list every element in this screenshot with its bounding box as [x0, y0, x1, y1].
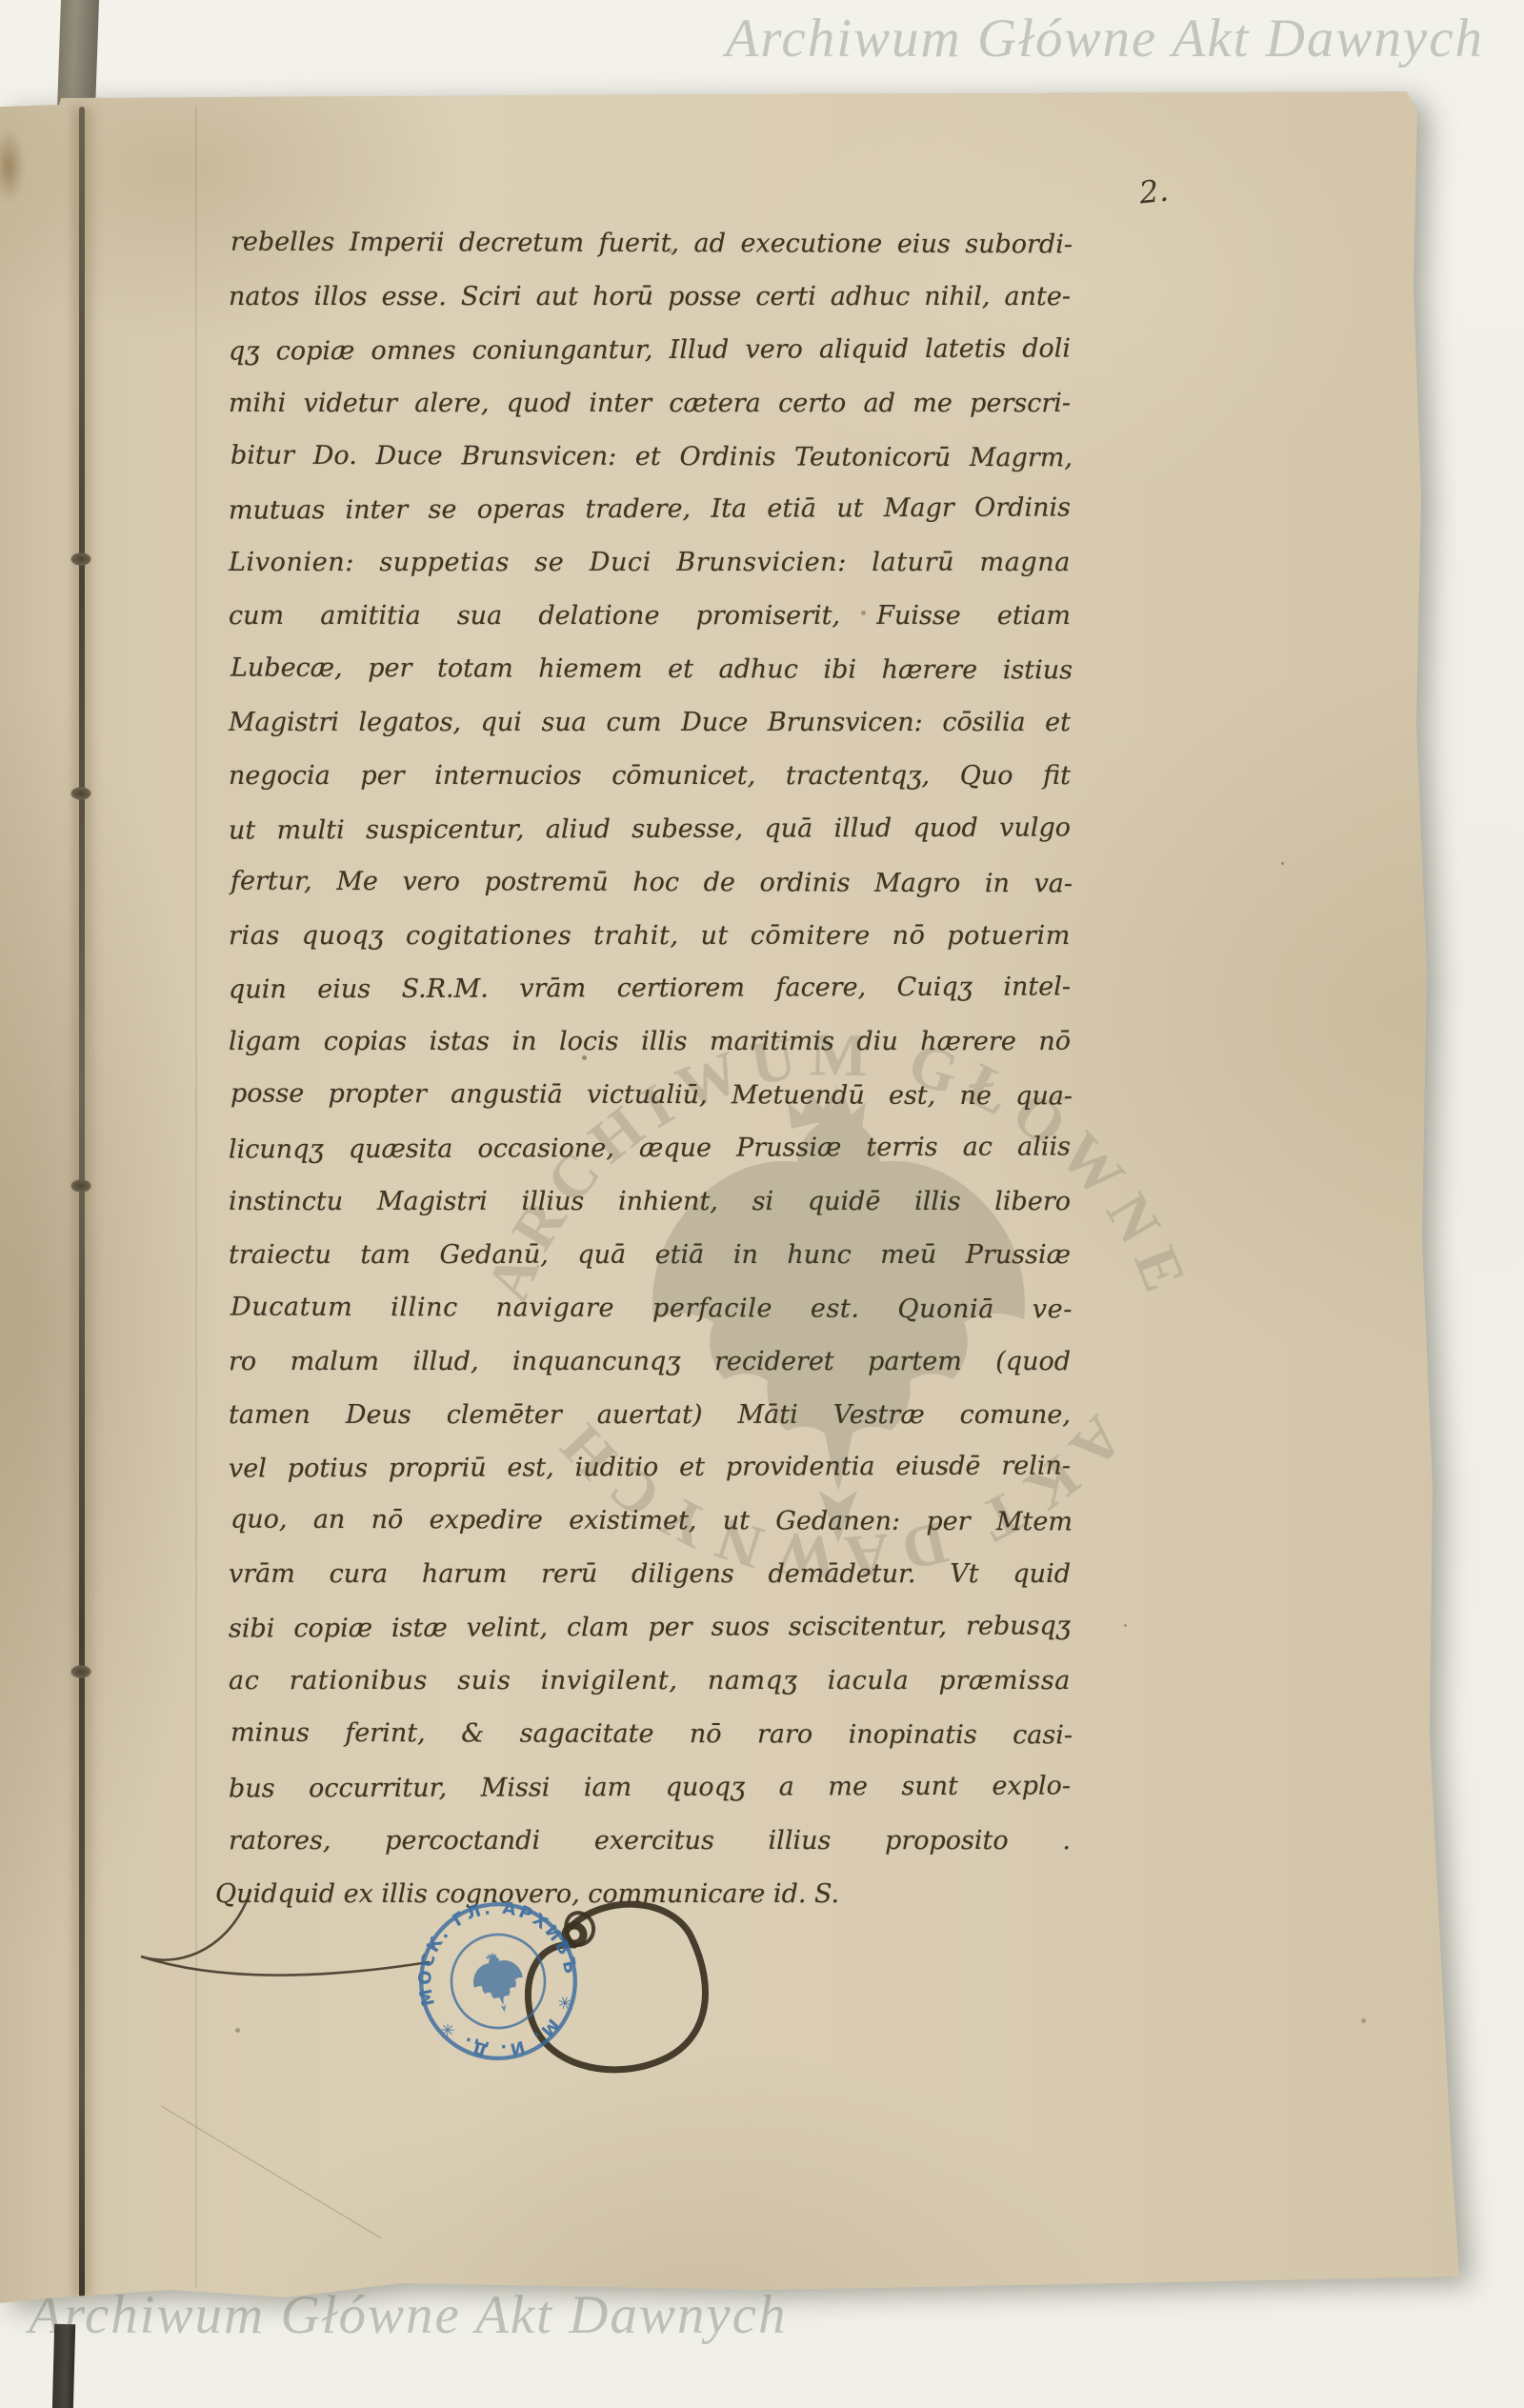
manuscript-line: qʒ copiæ omnes coniungantur, Illud vero … — [229, 322, 1071, 378]
manuscript-page: ARCHIWUM GŁÓWNE AKT DAWNYCH 2. rebelles … — [0, 0, 1524, 2408]
manuscript-text: rebelles Imperii decretum fuerit, ad exe… — [229, 217, 1071, 1921]
scanned-manuscript-page: { "archive": { "watermark_text": "Archiw… — [0, 0, 1524, 2408]
manuscript-line: ligam copias istas in locis illis mariti… — [229, 1015, 1071, 1069]
manuscript-line: traiectu tam Gedanū, quā etiā in hunc me… — [229, 1229, 1071, 1282]
manuscript-line: vrām cura harum rerū diligens demādetur.… — [229, 1548, 1071, 1601]
manuscript-line: posse propter angustiā victualiū, Metuen… — [231, 1068, 1073, 1124]
archive-stamp: МОСК. ГЛ. АРХИВЪ ✳ М. И. Д. ✳ — [401, 1884, 595, 2078]
manuscript-line: ac rationibus suis invigilent, namqʒ iac… — [229, 1655, 1071, 1708]
manuscript-line: ro malum illud, inquancunqʒ recideret pa… — [229, 1335, 1071, 1389]
manuscript-line: natos illos esse. Sciri aut horū posse c… — [229, 271, 1071, 324]
manuscript-line: bitur Do. Duce Brunsvicen: et Ordinis Te… — [231, 429, 1073, 485]
manuscript-line: cum amititia sua delatione promiserit, F… — [229, 590, 1071, 643]
manuscript-line: tamen Deus clemēter auertat) Māti Vestræ… — [229, 1389, 1071, 1442]
ink-stain — [0, 129, 25, 203]
manuscript-line: vel potius propriū est, iuditio et provi… — [229, 1440, 1071, 1496]
manuscript-line: bus occurritur, Missi iam quoqʒ a me sun… — [229, 1759, 1071, 1816]
page-number: 2. — [1137, 172, 1170, 211]
binding-stitch — [70, 1665, 91, 1678]
manuscript-line: instinctu Magistri illius inhient, si qu… — [229, 1175, 1071, 1229]
manuscript-line: licunqʒ quæsita occasione, æque Prussiæ … — [229, 1121, 1071, 1177]
manuscript-line: quin eius S.R.M. vrām certiorem facere, … — [229, 961, 1071, 1017]
manuscript-line: Ducatum illinc navigare perfacile est. Q… — [231, 1280, 1073, 1336]
manuscript-line: rias quoqʒ cogitationes trahit, ut cōmit… — [229, 910, 1071, 963]
manuscript-line: sibi copiæ istæ velint, clam per suos sc… — [229, 1600, 1071, 1656]
paper-specks — [0, 0, 3, 3]
manuscript-line: Magistri legatos, qui sua cum Duce Bruns… — [229, 696, 1071, 750]
manuscript-line: rebelles Imperii decretum fuerit, ad exe… — [231, 216, 1073, 272]
manuscript-line: minus ferint, & sagacitate nō raro inopi… — [231, 1707, 1073, 1763]
binding-stitch — [70, 787, 91, 800]
binding-stitch — [70, 1179, 91, 1193]
manuscript-line: mihi videtur alere, quod inter cætera ce… — [229, 377, 1071, 431]
stamp-eagle-icon — [468, 1947, 529, 2017]
manuscript-line: quo, an nō expedire existimet, ut Gedane… — [231, 1494, 1073, 1550]
manuscript-line: fertur, Me vero postremū hoc de ordinis … — [231, 854, 1073, 911]
paper-crease — [245, 2318, 403, 2353]
manuscript-line: Livonien: suppetias se Duci Brunsvicien:… — [229, 536, 1071, 590]
manuscript-line: Lubecæ, per totam hiemem et adhuc ibi hæ… — [231, 642, 1073, 698]
binding-stitch — [70, 552, 91, 566]
manuscript-line: mutuas inter se operas tradere, Ita etiā… — [229, 482, 1071, 538]
page-shadow: ARCHIWUM GŁÓWNE AKT DAWNYCH 2. rebelles … — [0, 0, 1524, 2408]
ink-flourish — [0, 1810, 762, 2143]
manuscript-line: ut multi suspicentur, aliud subesse, quā… — [229, 801, 1071, 857]
manuscript-line: negocia per internucios cōmunicet, tract… — [229, 750, 1071, 803]
